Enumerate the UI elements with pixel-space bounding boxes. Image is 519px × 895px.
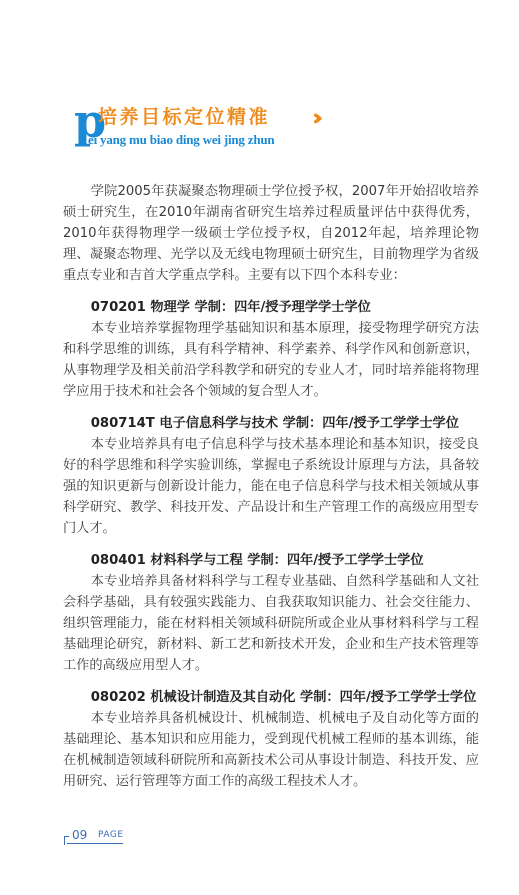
triple-chevron-right-icon: ››› bbox=[312, 108, 315, 130]
page-footer: 09 PAGE bbox=[64, 828, 124, 848]
section-title-pinyin: ei yang mu biao ding wei jing zhun bbox=[88, 132, 274, 148]
major-section-physics: 070201 物理学 学制：四年/授予理学学士学位 本专业培养掌握物理学基础知识… bbox=[63, 297, 479, 402]
intro-paragraph: 学院2005年获凝聚态物理硕士学位授予权，2007年开始招收培养硕士研究生，在2… bbox=[63, 181, 479, 286]
page-label: PAGE bbox=[98, 830, 124, 840]
major-description: 本专业培养具备材料科学与工程专业基础、自然科学基础和人文社会科学基础，具有较强实… bbox=[63, 571, 479, 676]
major-heading: 080714T 电子信息科学与技术 学制：四年/授予工学学士学位 bbox=[63, 413, 479, 434]
section-header: p 培养目标定位精准 ei yang mu biao ding wei jing… bbox=[74, 104, 374, 150]
major-description: 本专业培养具备机械设计、机械制造、机械电子及自动化等方面的基础理论、基本知识和应… bbox=[63, 708, 479, 792]
major-heading: 070201 物理学 学制：四年/授予理学学士学位 bbox=[63, 297, 479, 318]
major-description: 本专业培养掌握物理学基础知识和基本原理，接受物理学研究方法和科学思维的训练，具有… bbox=[63, 318, 479, 402]
major-section-mechanical: 080202 机械设计制造及其自动化 学制：四年/授予工学学士学位 本专业培养具… bbox=[63, 687, 479, 792]
body-content: 学院2005年获凝聚态物理硕士学位授予权，2007年开始招收培养硕士研究生，在2… bbox=[63, 181, 479, 792]
major-description: 本专业培养具有电子信息科学与技术基本理论和基本知识，接受良好的科学思维和科学实验… bbox=[63, 434, 479, 539]
major-heading: 080202 机械设计制造及其自动化 学制：四年/授予工学学士学位 bbox=[63, 687, 479, 708]
major-section-electronic-info: 080714T 电子信息科学与技术 学制：四年/授予工学学士学位 本专业培养具有… bbox=[63, 413, 479, 539]
section-title: 培养目标定位精准 bbox=[98, 106, 270, 128]
page-number: 09 bbox=[72, 828, 87, 842]
major-section-materials: 080401 材料科学与工程 学制：四年/授予工学学士学位 本专业培养具备材料科… bbox=[63, 550, 479, 676]
footer-underline bbox=[67, 843, 123, 844]
major-heading: 080401 材料科学与工程 学制：四年/授予工学学士学位 bbox=[63, 550, 479, 571]
